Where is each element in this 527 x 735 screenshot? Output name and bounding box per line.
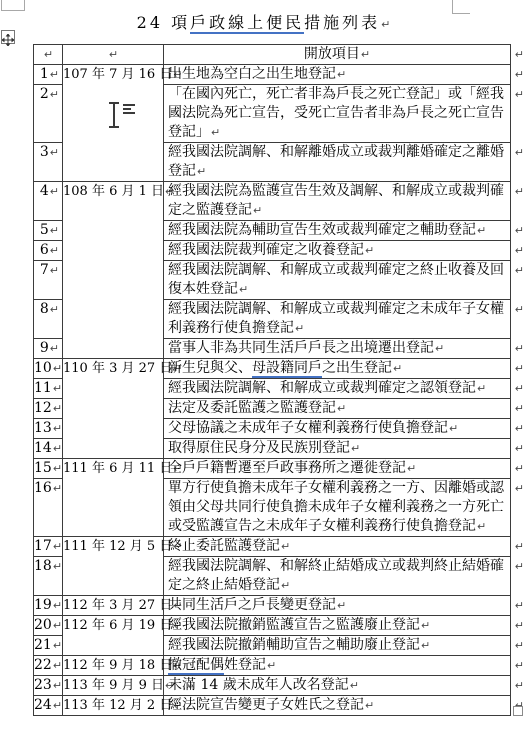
end-of-row-mark: ↵ [515, 656, 524, 675]
item-cell[interactable]: 終止委託監護登記↵↵ [164, 537, 511, 557]
date-cell[interactable]: 112 年 6 月 19 日↵ [63, 616, 164, 656]
end-of-cell-mark: ↵ [52, 699, 62, 712]
cell-text: 113 年 12 月 2 日 [63, 698, 172, 713]
cell-text: 經我國法院撤銷監護宣告之監護廢止登記 [168, 617, 420, 633]
item-cell[interactable]: 全戶戶籍暫遷至戶政事務所之遷徙登記↵↵ [164, 459, 511, 479]
item-cell[interactable]: 新生兒與父、母設籍同戶之出生登記↵↵ [164, 359, 511, 379]
end-of-row-mark: ↵ [515, 596, 524, 615]
cell-text: 開放項目 [304, 46, 360, 62]
end-of-cell-mark: ↵ [108, 48, 118, 61]
end-of-cell-mark: ↵ [49, 303, 59, 316]
cell-text: 23 [34, 677, 52, 693]
row-number-cell[interactable]: 18↵ [34, 557, 63, 596]
end-of-cell-mark: ↵ [52, 482, 62, 495]
table-header-row: ↵↵開放項目↵↵ [34, 45, 511, 65]
end-of-row-mark: ↵ [515, 419, 524, 438]
end-of-cell-mark: ↵ [336, 599, 346, 612]
date-cell[interactable]: 108 年 6 月 1 日↵ [63, 182, 164, 359]
cell-text: 經我國法院調解、和解離婚成立或裁判離婚確定之離婚登記 [168, 144, 504, 179]
end-of-cell-mark: ↵ [238, 283, 248, 296]
cell-text: 24 [34, 697, 52, 713]
end-of-cell-mark: ↵ [52, 462, 62, 475]
table-row: 24↵113 年 12 月 2 日↵經法院宣告變更子女姓氏之登記↵↵ [34, 696, 511, 716]
end-of-row-mark: ↵ [515, 676, 524, 695]
end-of-cell-mark: ↵ [280, 540, 290, 553]
item-cell[interactable]: 經我國法院調解、和解終止結婚成立或裁判終止結婚確定之終止結婚登記↵↵ [164, 557, 511, 596]
end-of-row-mark: ↵ [515, 65, 524, 84]
end-of-cell-mark: ↵ [52, 560, 62, 573]
row-number-cell[interactable]: 7↵ [34, 261, 63, 300]
item-cell[interactable]: 「在國內死亡，死亡者非為戶長之死亡登記」或「經我國法院為死亡宣告，受死亡宣告者非… [164, 85, 511, 143]
end-of-cell-mark: ↵ [406, 462, 416, 475]
end-of-row-mark: ↵ [515, 537, 524, 556]
header-open-items-cell[interactable]: 開放項目↵↵ [164, 45, 511, 65]
item-cell[interactable]: 父母協議之未成年子女權利義務行使負擔登記↵↵ [164, 419, 511, 439]
item-cell[interactable]: 單方行使負擔未成年子女權利義務之一方、因離婚或認領由父母共同行使負擔未成年子女權… [164, 479, 511, 537]
item-cell[interactable]: 出生地為空白之出生地登記↵↵ [164, 65, 511, 85]
item-cell[interactable]: 法定及委託監護之監護登記↵↵ [164, 399, 511, 419]
end-of-row-mark: ↵ [515, 339, 524, 358]
cell-text: 18 [34, 558, 52, 574]
end-of-cell-mark: ↵ [448, 422, 458, 435]
cell-text: 19 [34, 597, 52, 613]
end-of-row-mark: ↵ [515, 300, 524, 319]
header-empty-cell-1[interactable]: ↵ [34, 45, 63, 65]
table-resize-handle[interactable] [513, 706, 523, 716]
row-number-cell[interactable]: 6↵ [34, 241, 63, 261]
end-of-row-mark: ↵ [515, 439, 524, 458]
end-of-row-mark: ↵ [515, 557, 524, 576]
row-number-cell[interactable]: 4↵ [34, 182, 63, 221]
cell-text: 13 [34, 420, 52, 436]
cell-text: 24 項 [137, 13, 190, 32]
date-cell[interactable]: 111 年 12 月 5 日↵ [63, 537, 164, 596]
cell-text: 未滿 14 歲未成年人改名登記 [168, 677, 349, 693]
item-cell[interactable]: 經我國法院撤銷輔助宣告之輔助廢止登記↵↵ [164, 636, 511, 656]
cell-text: 7 [40, 262, 49, 278]
cell-text: 6 [40, 242, 49, 258]
row-number-cell[interactable]: 23↵ [34, 676, 63, 696]
end-of-cell-mark: ↵ [52, 659, 62, 672]
cell-text: 111 年 12 月 5 日 [63, 539, 172, 554]
item-cell[interactable]: 經我國法院為輔助宣告生效或裁判確定之輔助登記↵↵ [164, 221, 511, 241]
end-of-cell-mark: ↵ [420, 639, 430, 652]
item-cell[interactable]: 經我國法院調解、和解成立或裁判確定之認領登記↵↵ [164, 379, 511, 399]
row-number-cell[interactable]: 5↵ [34, 221, 63, 241]
table-row: 1↵107 年 7 月 16 日↵出生地為空白之出生地登記↵↵ [34, 65, 511, 85]
cell-text: 113 年 9 月 9 日 [63, 678, 164, 693]
end-of-cell-mark: ↵ [49, 224, 59, 237]
end-of-row-mark: ↵ [515, 182, 524, 201]
row-number-cell[interactable]: 8↵ [34, 300, 63, 339]
cell-text: 共同生活戶之戶長變更登記 [168, 597, 336, 613]
row-number-cell[interactable]: 11↵ [34, 379, 63, 399]
date-cell[interactable]: 113 年 12 月 2 日↵ [63, 696, 164, 716]
end-of-cell-mark: ↵ [392, 362, 402, 375]
cell-text: 111 年 6 月 11 日 [63, 461, 172, 476]
cell-text: 112 年 3 月 27 日 [63, 598, 172, 613]
table-row: 20↵112 年 6 月 19 日↵經我國法院撤銷監護宣告之監護廢止登記↵↵ [34, 616, 511, 636]
cell-text: 3 [40, 144, 49, 160]
cell-text: 終止委託監護登記 [168, 538, 280, 554]
row-number-cell[interactable]: 2↵ [34, 85, 63, 143]
table-row: 23↵113 年 9 月 9 日↵未滿 14 歲未成年人改名登記↵↵ [34, 676, 511, 696]
cell-text: 取得原住民身分及民族別登記 [168, 440, 350, 456]
row-number-cell[interactable]: 9↵ [34, 339, 63, 359]
cell-text: 單方行使負擔未成年子女權利義務之一方、因離婚或認領由父母共同行使負擔未成年子女權… [168, 480, 504, 534]
table-move-handle[interactable] [1, 30, 15, 44]
date-cell[interactable]: 112 年 9 月 18 日↵ [63, 656, 164, 676]
end-of-cell-mark: ↵ [350, 442, 360, 455]
end-of-cell-mark: ↵ [49, 68, 59, 81]
cell-text: 11 [34, 380, 52, 396]
cell-text: 22 [34, 657, 52, 673]
end-of-cell-mark: ↵ [49, 244, 59, 257]
cell-text: 全戶戶籍暫遷至戶政事務所之遷徙登記 [168, 460, 406, 476]
item-cell[interactable]: 經我國法院撤銷監護宣告之監護廢止登記↵↵ [164, 616, 511, 636]
row-number-cell[interactable]: 19↵ [34, 596, 63, 616]
item-cell[interactable]: 經我國法院為監護宣告生效及調解、和解成立或裁判確定之監護登記↵↵ [164, 182, 511, 221]
cell-text: 當事人非為共同生活戶戶長之出境遷出登記 [168, 340, 434, 356]
cell-text: 經我國法院調解、和解成立或裁判確定之終止收養及回復本姓登記 [168, 262, 504, 297]
table-row: 10↵110 年 3 月 27 日↵新生兒與父、母設籍同戶之出生登記↵↵ [34, 359, 511, 379]
end-of-cell-mark: ↵ [52, 362, 62, 375]
row-number-cell[interactable]: 14↵ [34, 439, 63, 459]
end-of-cell-mark: ↵ [420, 619, 430, 632]
item-cell[interactable]: 經我國法院調解、和解離婚成立或裁判離婚確定之離婚登記↵↵ [164, 143, 511, 182]
cell-text: 5 [40, 222, 49, 238]
end-of-cell-mark: ↵ [210, 126, 220, 139]
table-row: 22↵112 年 9 月 18 日↵撤冠配偶姓登記↵↵ [34, 656, 511, 676]
end-of-row-mark: ↵ [515, 459, 524, 478]
cell-text: 110 年 3 月 27 日 [63, 361, 172, 376]
end-of-cell-mark: ↵ [49, 264, 59, 277]
end-of-cell-mark: ↵ [280, 579, 290, 592]
cell-text: 8 [40, 301, 49, 317]
end-of-row-mark: ↵ [515, 143, 524, 162]
spellcheck-underline: 撤冠配偶 [168, 657, 224, 675]
row-number-cell[interactable]: 20↵ [34, 616, 63, 636]
end-of-cell-mark: ↵ [49, 88, 59, 101]
end-of-cell-mark: ↵ [52, 422, 62, 435]
end-of-cell-mark: ↵ [49, 185, 59, 198]
cell-text: 14 [34, 440, 52, 456]
end-of-row-mark: ↵ [515, 399, 524, 418]
row-number-cell[interactable]: 21↵ [34, 636, 63, 656]
date-cell[interactable]: 111 年 6 月 11 日↵ [63, 459, 164, 537]
end-of-cell-mark: ↵ [336, 402, 346, 415]
end-of-cell-mark: ↵ [336, 68, 346, 81]
cell-text: 經我國法院為監護宣告生效及調解、和解成立或裁判確定之監護登記 [168, 183, 504, 218]
end-of-row-mark: ↵ [515, 359, 524, 378]
table-row: 4↵108 年 6 月 1 日↵經我國法院為監護宣告生效及調解、和解成立或裁判確… [34, 182, 511, 221]
cell-text: 2 [40, 86, 49, 102]
end-of-cell-mark: ↵ [43, 48, 53, 61]
end-of-cell-mark: ↵ [476, 224, 486, 237]
cell-text: 措施列表 [304, 13, 380, 32]
item-cell[interactable]: 當事人非為共同生活戶戶長之出境遷出登記↵↵ [164, 339, 511, 359]
row-number-cell[interactable]: 22↵ [34, 656, 63, 676]
date-cell[interactable]: 112 年 3 月 27 日↵ [63, 596, 164, 616]
end-of-cell-mark: ↵ [196, 165, 206, 178]
row-number-cell[interactable]: 10↵ [34, 359, 63, 379]
cell-text: 112 年 9 月 18 日 [63, 658, 172, 673]
table-row: 17↵111 年 12 月 5 日↵終止委託監護登記↵↵ [34, 537, 511, 557]
cell-text: 姓登記 [224, 657, 266, 673]
text-cursor-icon [106, 101, 138, 129]
document-page: { "title": { "text": "24 項戶政線上便民措施列表", "… [0, 0, 527, 735]
end-of-cell-mark: ↵ [52, 619, 62, 632]
cell-text: 之出生登記 [322, 360, 392, 376]
row-number-cell[interactable]: 12↵ [34, 399, 63, 419]
spellcheck-underline: 母設籍同戶 [252, 360, 322, 378]
cell-text: 12 [34, 400, 52, 416]
row-number-cell[interactable]: 15↵ [34, 459, 63, 479]
cell-text: 經我國法院調解、和解成立或裁判確定之未成年子女權利義務行使負擔登記 [168, 301, 504, 336]
cell-text: 經我國法院為輔助宣告生效或裁判確定之輔助登記 [168, 222, 476, 238]
end-of-cell-mark: ↵ [52, 540, 62, 553]
end-of-cell-mark: ↵ [52, 599, 62, 612]
end-of-cell-mark: ↵ [434, 342, 444, 355]
cell-text: 10 [34, 360, 52, 376]
end-of-cell-mark: ↵ [360, 48, 370, 61]
end-of-row-mark: ↵ [515, 241, 524, 260]
end-of-row-mark: ↵ [515, 261, 524, 280]
end-of-row-mark: ↵ [515, 379, 524, 398]
cell-text: 9 [40, 340, 49, 356]
header-empty-cell-2[interactable]: ↵ [63, 45, 164, 65]
end-of-cell-mark: ↵ [49, 146, 59, 159]
end-of-row-mark: ↵ [515, 479, 524, 498]
row-number-cell[interactable]: 16↵ [34, 479, 63, 537]
date-cell[interactable]: 113 年 9 月 9 日↵ [63, 676, 164, 696]
item-cell[interactable]: 經我國法院調解、和解成立或裁判確定之未成年子女權利義務行使負擔登記↵↵ [164, 300, 511, 339]
end-of-cell-mark: ↵ [49, 342, 59, 355]
end-of-row-mark: ↵ [515, 221, 524, 240]
cell-text: 經我國法院調解、和解成立或裁判確定之認領登記 [168, 380, 476, 396]
end-of-cell-mark: ↵ [364, 699, 374, 712]
item-cell[interactable]: 未滿 14 歲未成年人改名登記↵↵ [164, 676, 511, 696]
item-cell[interactable]: 經法院宣告變更子女姓氏之登記↵↵ [164, 696, 511, 716]
cell-text: 經我國法院撤銷輔助宣告之輔助廢止登記 [168, 637, 420, 653]
end-of-cell-mark: ↵ [252, 204, 262, 217]
cell-text: 20 [34, 617, 52, 633]
end-of-row-mark: ↵ [515, 45, 524, 64]
item-cell[interactable]: 經我國法院裁判確定之收養登記↵↵ [164, 241, 511, 261]
end-of-cell-mark: ↵ [266, 659, 276, 672]
document-title[interactable]: 24 項戶政線上便民措施列表↵ [0, 12, 527, 36]
item-cell[interactable]: 撤冠配偶姓登記↵↵ [164, 656, 511, 676]
row-number-cell[interactable]: 1↵ [34, 65, 63, 85]
spellcheck-underline: 戶政線上便民 [190, 13, 304, 34]
cell-text: 4 [40, 183, 49, 199]
date-cell[interactable]: 110 年 3 月 27 日↵ [63, 359, 164, 459]
cell-text: 21 [34, 637, 52, 653]
cell-text: 經法院宣告變更子女姓氏之登記 [168, 697, 364, 713]
end-of-row-mark: ↵ [515, 85, 524, 104]
item-cell[interactable]: 經我國法院調解、和解成立或裁判確定之終止收養及回復本姓登記↵↵ [164, 261, 511, 300]
cell-text: 15 [34, 460, 52, 476]
cell-text: 經我國法院調解、和解終止結婚成立或裁判終止結婚確定之終止結婚登記 [168, 558, 504, 593]
row-number-cell[interactable]: 3↵ [34, 143, 63, 182]
cell-text: 法定及委託監護之監護登記 [168, 400, 336, 416]
end-of-cell-mark: ↵ [294, 322, 304, 335]
end-of-row-mark: ↵ [515, 616, 524, 635]
end-of-cell-mark: ↵ [52, 402, 62, 415]
table-row: 15↵111 年 6 月 11 日↵全戶戶籍暫遷至戶政事務所之遷徙登記↵↵ [34, 459, 511, 479]
row-number-cell[interactable]: 13↵ [34, 419, 63, 439]
row-number-cell[interactable]: 17↵ [34, 537, 63, 557]
end-of-cell-mark: ↵ [380, 18, 390, 31]
end-of-cell-mark: ↵ [476, 520, 486, 533]
end-of-cell-mark: ↵ [349, 679, 359, 692]
row-number-cell[interactable]: 24↵ [34, 696, 63, 716]
cell-text: 1 [40, 66, 49, 82]
cell-text: 17 [34, 538, 52, 554]
cell-text: 父母協議之未成年子女權利義務行使負擔登記 [168, 420, 448, 436]
table-row: 19↵112 年 3 月 27 日↵共同生活戶之戶長變更登記↵↵ [34, 596, 511, 616]
end-of-row-mark: ↵ [515, 636, 524, 655]
cell-text: 出生地為空白之出生地登記 [168, 66, 336, 82]
end-of-cell-mark: ↵ [52, 639, 62, 652]
cell-text: 107 年 7 月 16 日 [63, 67, 172, 82]
cell-text: 新生兒與父、 [168, 360, 252, 376]
end-of-cell-mark: ↵ [52, 382, 62, 395]
cell-text: 108 年 6 月 1 日 [63, 184, 164, 199]
end-of-cell-mark: ↵ [52, 679, 62, 692]
cell-text: 16 [34, 480, 52, 496]
cell-text: 經我國法院裁判確定之收養登記 [168, 242, 364, 258]
end-of-cell-mark: ↵ [476, 382, 486, 395]
item-cell[interactable]: 共同生活戶之戶長變更登記↵↵ [164, 596, 511, 616]
measures-table: ↵↵開放項目↵↵1↵107 年 7 月 16 日↵出生地為空白之出生地登記↵↵2… [33, 44, 510, 716]
end-of-cell-mark: ↵ [364, 244, 374, 257]
end-of-cell-mark: ↵ [52, 442, 62, 455]
item-cell[interactable]: 取得原住民身分及民族別登記↵↵ [164, 439, 511, 459]
move-icon [2, 34, 14, 46]
cell-text: 112 年 6 月 19 日 [63, 618, 172, 633]
